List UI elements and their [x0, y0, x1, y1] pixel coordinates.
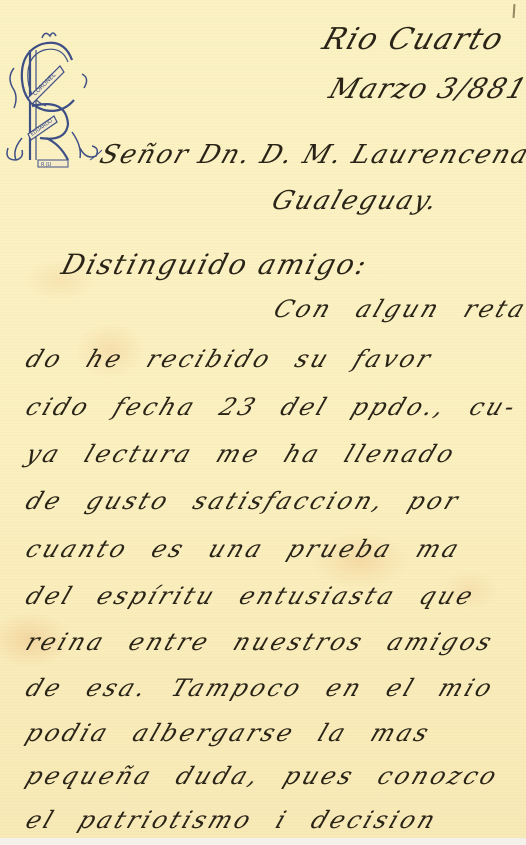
- margin-mark: [513, 4, 516, 18]
- recipient-name: Señor Dn. D. M. Laurencena: [96, 140, 526, 170]
- letter-place: Rio Cuarto: [318, 22, 509, 57]
- salutation: Distinguido amigo:: [58, 248, 372, 281]
- body-line: de esa. Tampoco en el mio: [22, 674, 499, 702]
- body-line: del espíritu entusiasta que: [22, 582, 479, 610]
- svg-text:R JU: R JU: [41, 162, 52, 168]
- body-line: cuanto es una prueba ma: [22, 535, 465, 563]
- body-line: de gusto satisfaccion, por: [22, 487, 465, 515]
- scan-border: [0, 838, 526, 845]
- letter-date: Marzo 3/881: [325, 72, 526, 105]
- monogram-letterhead-icon: CORONEL EDUARDO R JU: [2, 20, 102, 170]
- body-line: ya lectura me ha llenado: [22, 440, 461, 468]
- body-line: cido fecha 23 del ppdo., cu-: [22, 393, 522, 421]
- letter-page: CORONEL EDUARDO R JU Rio Cuarto Marzo 3/…: [0, 0, 526, 838]
- body-line: reina entre nuestros amigos: [22, 628, 498, 656]
- body-line: el patriotismo i decision: [22, 806, 442, 834]
- body-line: do he recibido su favor: [22, 345, 437, 373]
- body-line: Con algun reta-: [270, 295, 526, 323]
- body-line: pequeña duda, pues conozco: [22, 762, 503, 790]
- svg-text:EDUARDO: EDUARDO: [30, 118, 54, 137]
- recipient-location: Gualeguay.: [268, 186, 443, 216]
- body-line: podia albergarse la mas: [22, 719, 435, 747]
- svg-text:CORONEL: CORONEL: [31, 71, 57, 97]
